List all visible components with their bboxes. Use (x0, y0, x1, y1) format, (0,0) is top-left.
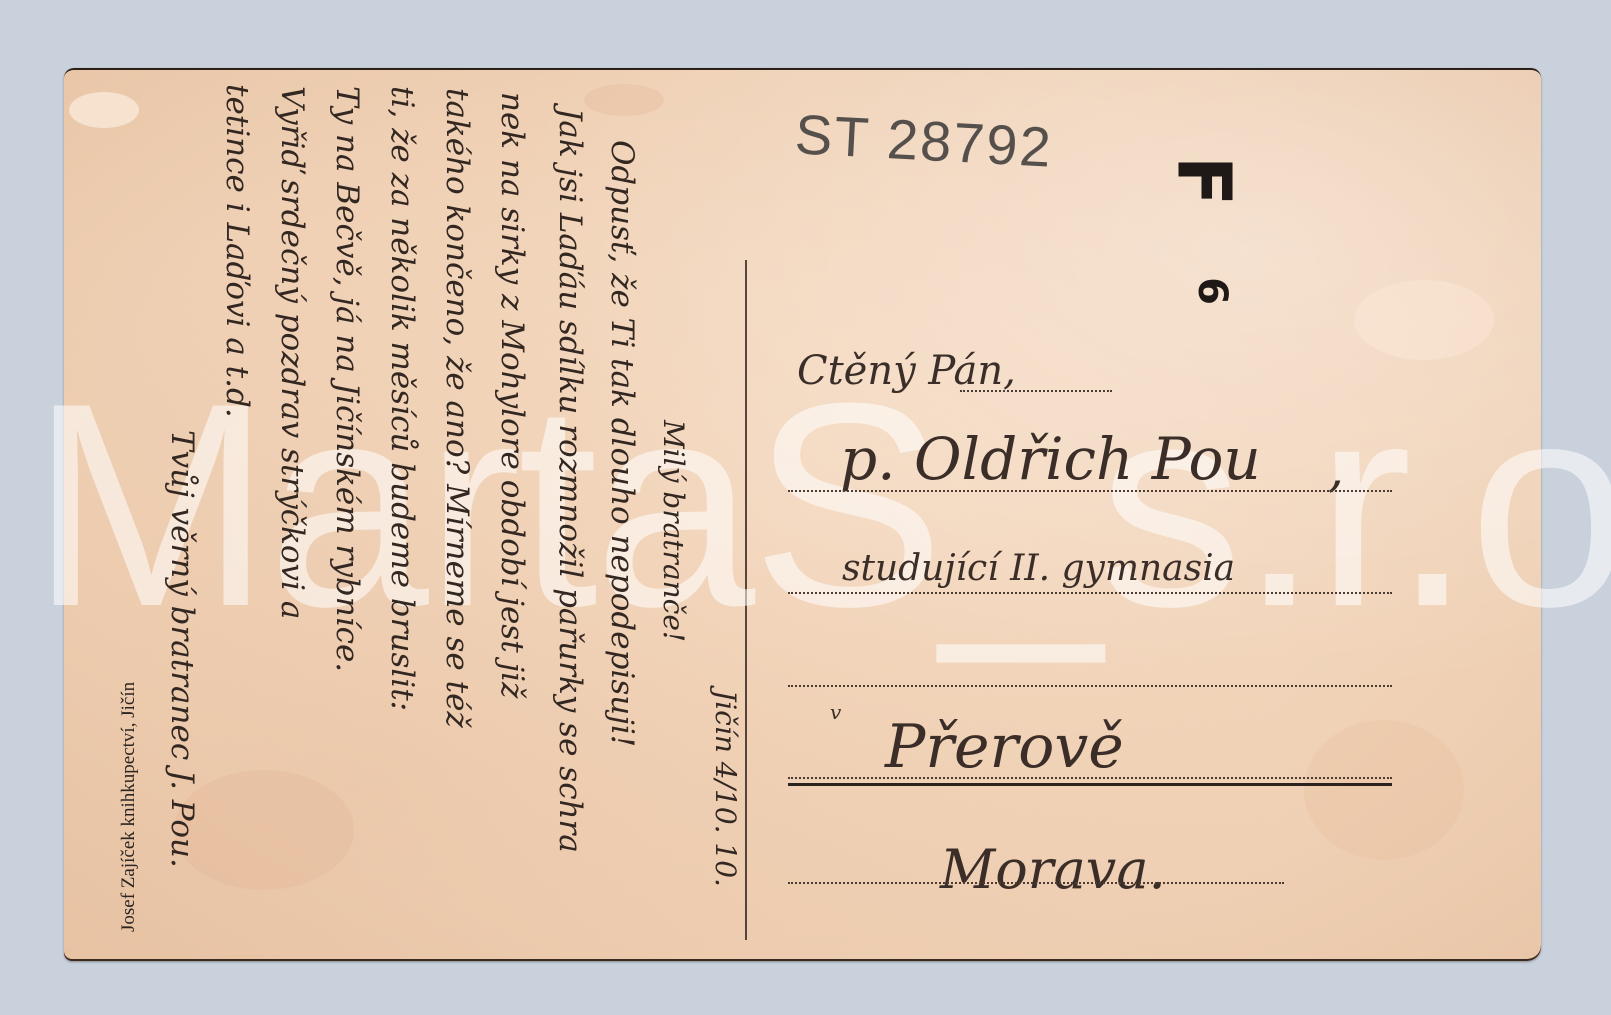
address-line-2 (788, 490, 1392, 492)
message-date: Jičín 4/10. 10. (709, 690, 742, 887)
postmark-letter: F (1160, 156, 1246, 207)
address-recipient: p. Oldřich Pou (840, 425, 1261, 493)
address-place-prefix: v (830, 700, 841, 724)
postmark: F 6 (1178, 138, 1238, 318)
message-line: Milý bratranče! (657, 420, 690, 642)
address-line-1 (960, 390, 1112, 392)
message-line: Ty na Bečvě, já na Jičínském rybníce. (329, 86, 365, 672)
address-line-5 (788, 777, 1392, 779)
publisher-imprint: Josef Zajíček knihkupectví, Jičín (118, 682, 140, 932)
address-salutation: Ctěný Pán, (797, 348, 1016, 394)
pencil-inventory-note: ST 28792 (793, 101, 1054, 179)
address-line-4 (788, 685, 1392, 687)
address-region: Morava. (940, 838, 1166, 901)
address-divider-line (745, 260, 747, 940)
address-occupation: studující II. gymnasia (842, 548, 1235, 589)
address-line-3 (788, 592, 1392, 594)
message-signature: Tvůj věrný bratranec J. Pou. (164, 430, 200, 868)
message-line: tetince i Laďovi a t.d. (219, 84, 255, 418)
message-line: ti, že za několik měsíců budeme bruslit: (384, 86, 420, 711)
address-underline-solid (788, 783, 1392, 786)
message-line: nek na sirky z Mohylore období jest již (494, 92, 530, 698)
message-line: Jak jsi Laďáu sdílku rozmnožil pařurky s… (552, 108, 588, 853)
address-city: Přerově (885, 712, 1124, 782)
postmark-digit: 6 (1189, 277, 1235, 305)
message-line: Odpusť, že Ti tak dlouho nepodepisuji! (604, 140, 640, 747)
address-line-6 (788, 882, 1284, 884)
message-line: Vyřiď srdečný pozdrav strýčkovi a (274, 86, 310, 619)
message-line: takého končeno, že ano? Mírneme se též (439, 88, 475, 728)
